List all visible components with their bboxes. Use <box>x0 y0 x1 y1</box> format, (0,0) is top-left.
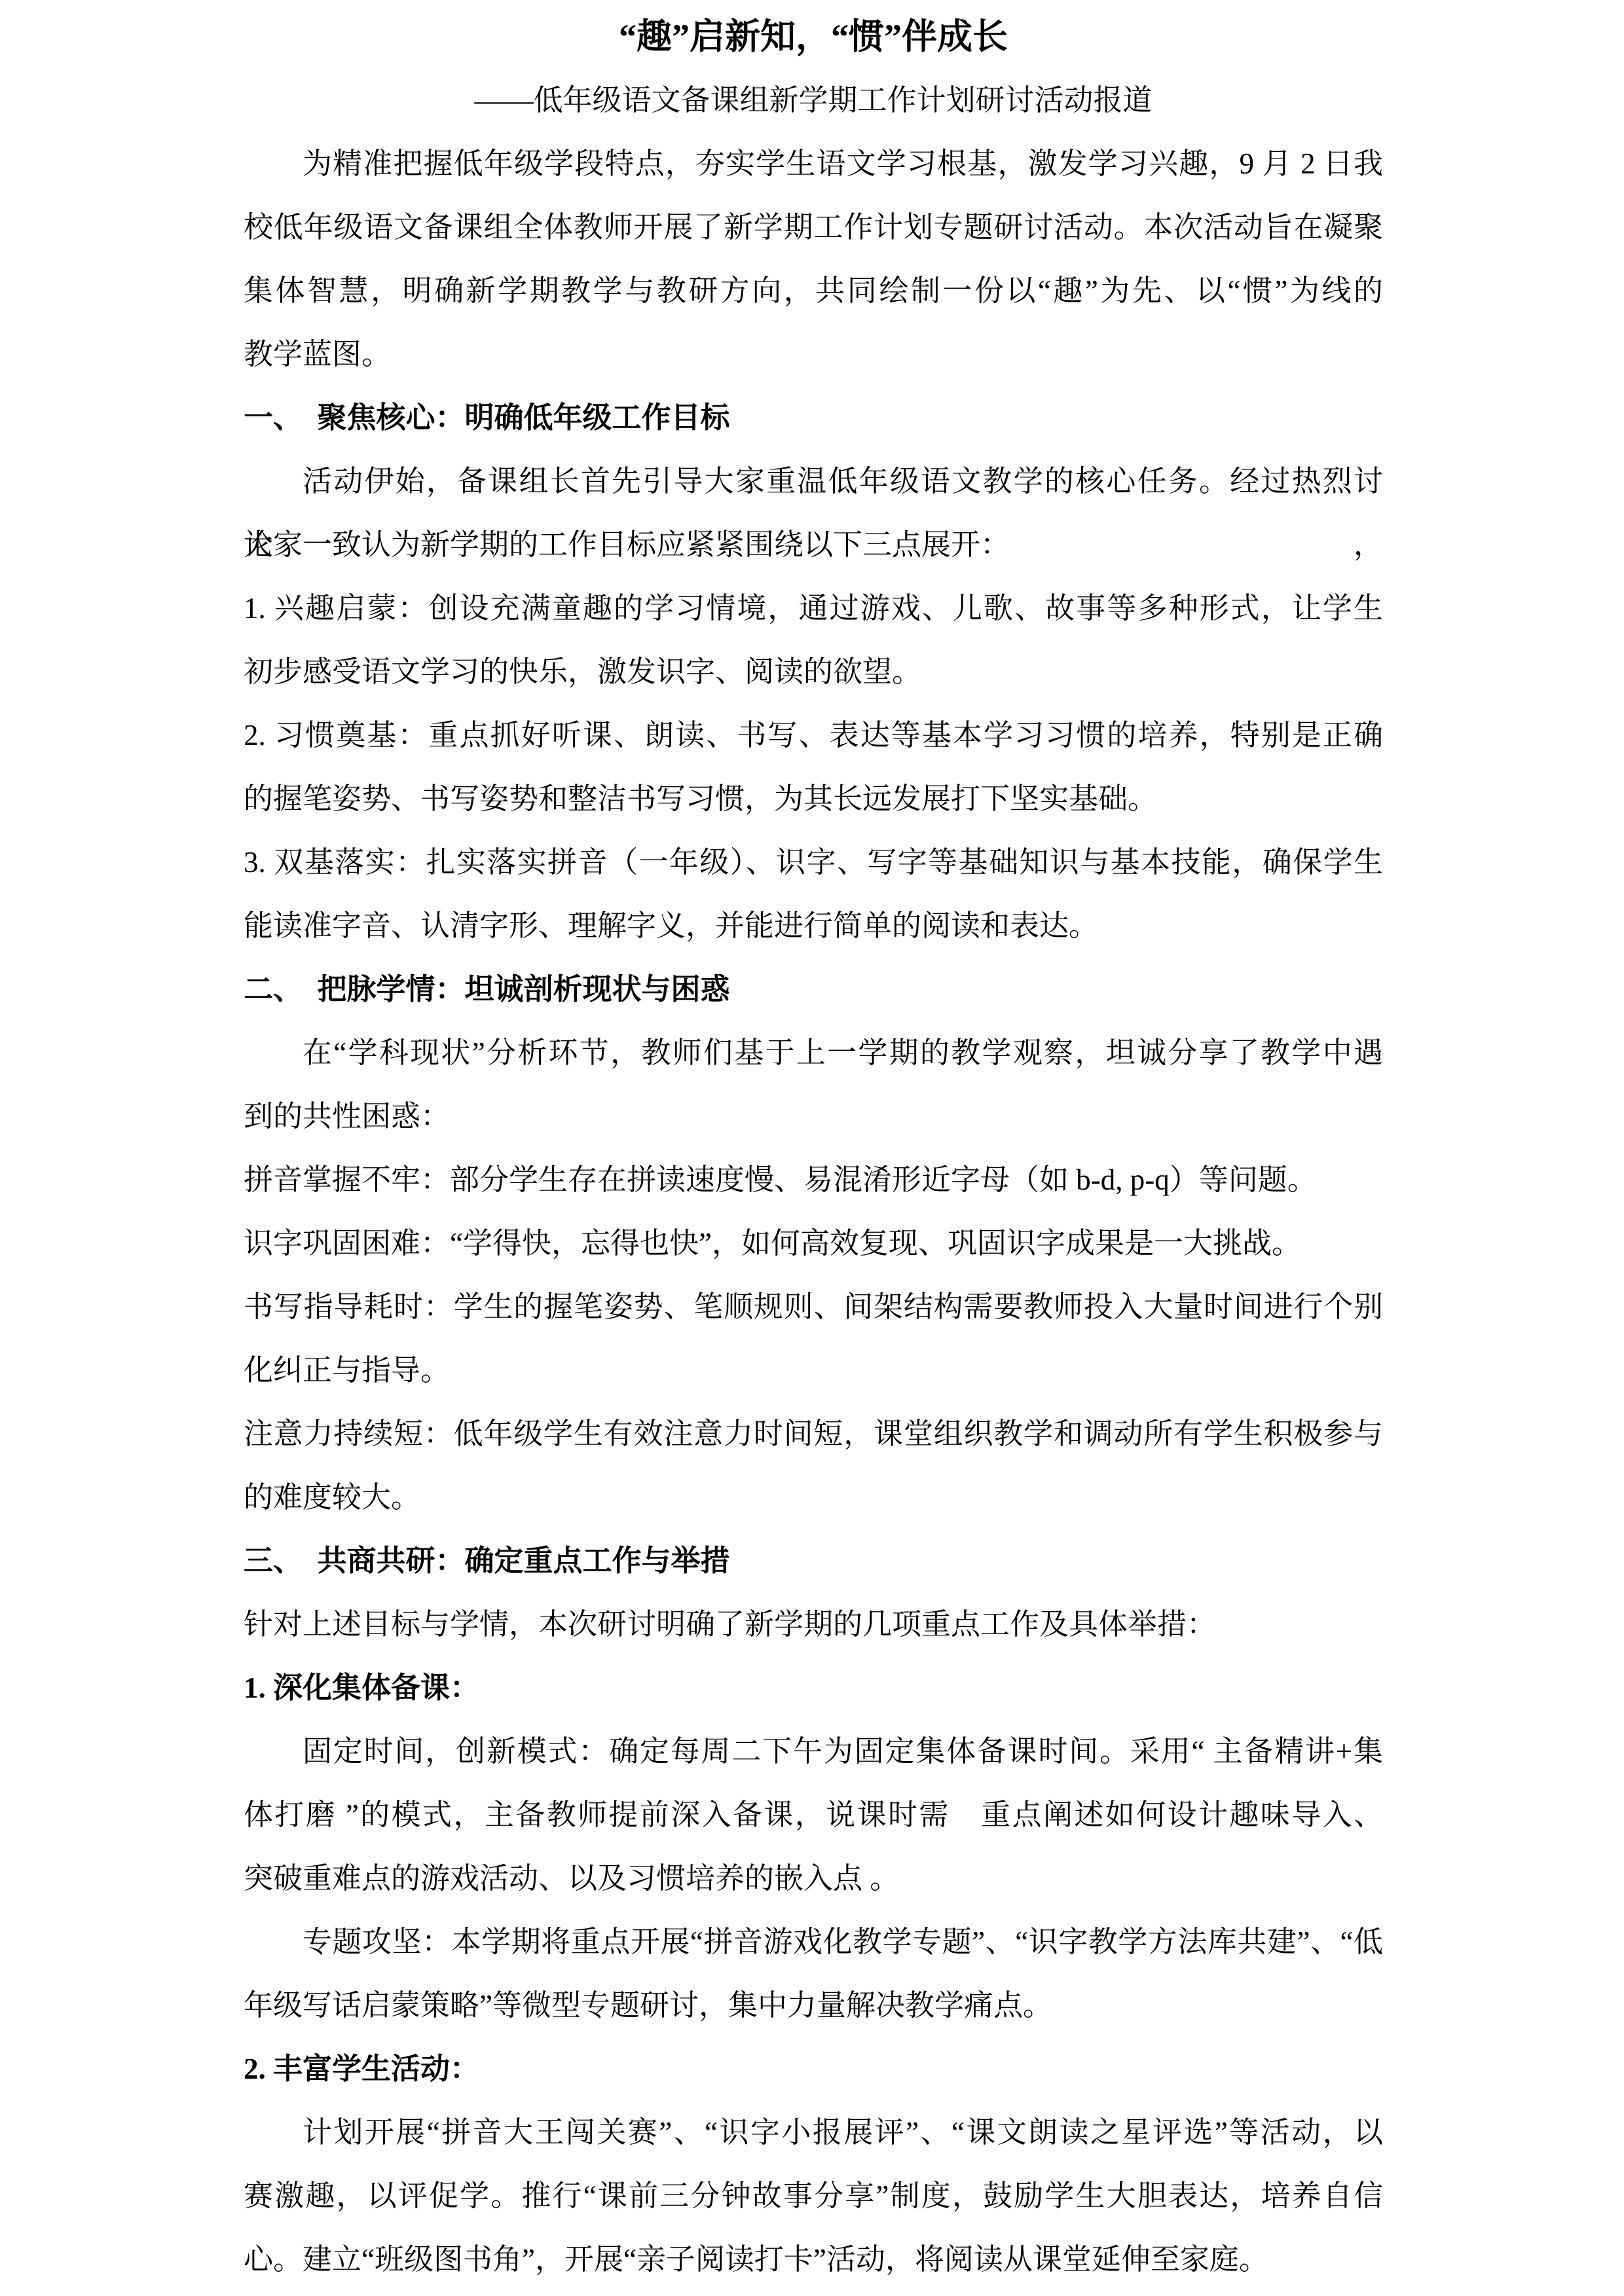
text-line: 一、 聚焦核心：明确低年级工作目标 <box>244 386 1383 450</box>
text-line: 校低年级语文备课组全体教师开展了新学期工作计划专题研讨活动。本次活动旨在凝聚 <box>244 196 1383 259</box>
text-line: 能读准字音、认清字形、理解字义，并能进行简单的阅读和表达。 <box>244 894 1383 958</box>
text-line: 注意力持续短：低年级学生有效注意力时间短，课堂组织教学和调动所有学生积极参与 <box>244 1402 1383 1466</box>
text-line: 计划开展“拼音大王闯关赛”、“识字小报展评”、“课文朗读之星评选”等活动，以 <box>244 2101 1383 2164</box>
text-line: 2. 习惯奠基：重点抓好听课、朗读、书写、表达等基本学习习惯的培养，特别是正确 <box>244 704 1383 767</box>
text-line: 到的共性困惑： <box>244 1085 1383 1148</box>
document-body: 为精准把握低年级学段特点，夯实学生语文学习根基，激发学习兴趣，9 月 2 日我校… <box>244 132 1383 2291</box>
text-line: 在“学科现状”分析环节，教师们基于上一学期的教学观察，坦诚分享了教学中遇 <box>244 1021 1383 1085</box>
text-line: 集体智慧，明确新学期教学与教研方向，共同绘制一份以“趣”为先、以“惯”为线的 <box>244 259 1383 323</box>
text-line: 的难度较大。 <box>244 1466 1383 1529</box>
text-line: 1. 深化集体备课： <box>244 1656 1383 1720</box>
document-page: “趣”启新知，“惯”伴成长 ——低年级语文备课组新学期工作计划研讨活动报道 为精… <box>0 0 1624 2296</box>
text-line: 的握笔姿势、书写姿势和整洁书写习惯，为其长远发展打下坚实基础。 <box>244 767 1383 831</box>
text-line: 年级写话启蒙策略”等微型专题研讨，集中力量解决教学痛点。 <box>244 1974 1383 2037</box>
text-line: 为精准把握低年级学段特点，夯实学生语文学习根基，激发学习兴趣，9 月 2 日我 <box>244 132 1383 196</box>
text-line: 体打磨 ”的模式，主备教师提前深入备课，说课时需 重点阐述如何设计趣味导入、 <box>244 1783 1383 1847</box>
text-line: 3. 双基落实：扎实落实拼音（一年级）、识字、写字等基础知识与基本技能，确保学生 <box>244 831 1383 894</box>
text-line: 赛激趣，以评促学。推行“课前三分钟故事分享”制度，鼓励学生大胆表达，培养自信 <box>244 2164 1383 2228</box>
text-line: 1. 兴趣启蒙：创设充满童趣的学习情境，通过游戏、儿歌、故事等多种形式，让学生 <box>244 577 1383 640</box>
text-line: 针对上述目标与学情，本次研讨明确了新学期的几项重点工作及具体举措： <box>244 1593 1383 1656</box>
text-line: 专题攻坚：本学期将重点开展“拼音游戏化教学专题”、“识字教学方法库共建”、“低 <box>244 1910 1383 1974</box>
text-line: 三、 共商共研：确定重点工作与举措 <box>244 1529 1383 1593</box>
text-line: 初步感受语文学习的快乐，激发识字、阅读的欲望。 <box>244 640 1383 704</box>
text-line: 心。建立“班级图书角”，开展“亲子阅读打卡”活动，将阅读从课堂延伸至家庭。 <box>244 2228 1383 2291</box>
text-line: 教学蓝图。 <box>244 323 1383 386</box>
document-subtitle: ——低年级语文备课组新学期工作计划研讨活动报道 <box>244 69 1383 132</box>
text-line: 固定时间，创新模式：确定每周二下午为固定集体备课时间。采用“ 主备精讲+集 <box>244 1720 1383 1783</box>
text-line: 二、 把脉学情：坦诚剖析现状与困惑 <box>244 958 1383 1021</box>
text-line: 突破重难点的游戏活动、以及习惯培养的嵌入点 。 <box>244 1847 1383 1910</box>
text-line: 2. 丰富学生活动： <box>244 2037 1383 2101</box>
text-line: 化纠正与指导。 <box>244 1339 1383 1402</box>
text-line: 识字巩固困难：“学得快，忘得也快”，如何高效复现、巩固识字成果是一大挑战。 <box>244 1212 1383 1275</box>
text-line: 书写指导耗时：学生的握笔姿势、笔顺规则、间架结构需要教师投入大量时间进行个别 <box>244 1275 1383 1339</box>
document-title: “趣”启新知，“惯”伴成长 <box>244 5 1383 69</box>
text-line: 活动伊始，备课组长首先引导大家重温低年级语文教学的核心任务。经过热烈讨论， <box>244 450 1383 513</box>
text-line: 拼音掌握不牢：部分学生存在拼读速度慢、易混淆形近字母（如 b-d, p-q）等问… <box>244 1148 1383 1212</box>
